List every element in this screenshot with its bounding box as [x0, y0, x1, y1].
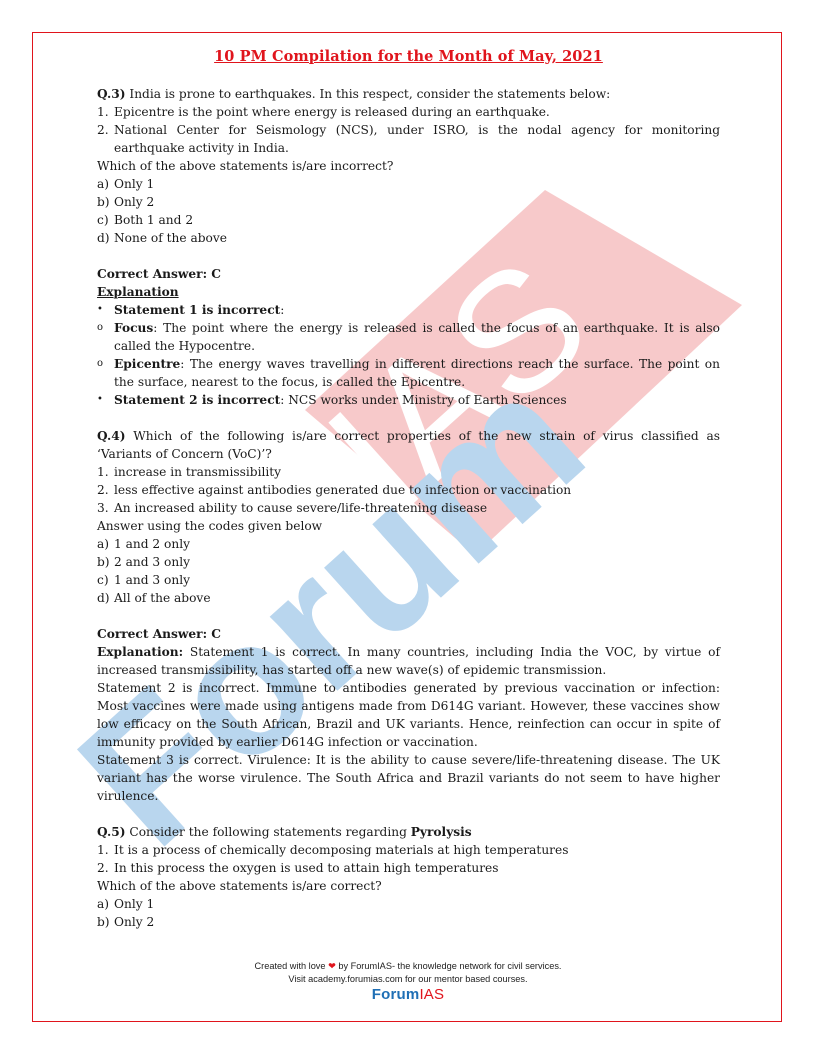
question-prompt: Which of the above statements is/are cor… — [97, 877, 720, 895]
forumias-logo: ForumIAS — [0, 989, 816, 1002]
question-5: Q.5) Consider the following statements r… — [97, 823, 720, 931]
option-item: a)1 and 2 only — [97, 535, 720, 553]
option-item: b)Only 2 — [97, 913, 720, 931]
option-item: c)1 and 3 only — [97, 571, 720, 589]
option-item: b)Only 2 — [97, 193, 720, 211]
question-stem: Q.3) India is prone to earthquakes. In t… — [97, 85, 720, 103]
heart-icon: ❤ — [328, 961, 336, 971]
option-item: d)All of the above — [97, 589, 720, 607]
option-item: a)Only 1 — [97, 895, 720, 913]
explanation-bullet: oFocus: The point where the energy is re… — [97, 319, 720, 355]
question-number: Q.5) — [97, 825, 126, 839]
option-item: c)Both 1 and 2 — [97, 211, 720, 229]
explanation-paragraph: Explanation: Statement 1 is correct. In … — [97, 643, 720, 679]
explanation-paragraph: Statement 3 is correct. Virulence: It is… — [97, 751, 720, 805]
correct-answer: Correct Answer: C — [97, 265, 720, 283]
statement-item: 1.It is a process of chemically decompos… — [97, 841, 720, 859]
document-body: 10 PM Compilation for the Month of May, … — [97, 48, 720, 931]
statement-item: 2.less effective against antibodies gene… — [97, 481, 720, 499]
footer-visit-link[interactable]: Visit academy.forumias.com for our mento… — [0, 973, 816, 986]
option-item: b)2 and 3 only — [97, 553, 720, 571]
statement-item: 3.An increased ability to cause severe/l… — [97, 499, 720, 517]
document-title: 10 PM Compilation for the Month of May, … — [97, 48, 720, 66]
explanation-paragraph: Statement 2 is incorrect. Immune to anti… — [97, 679, 720, 751]
question-stem: Q.4) Which of the following is/are corre… — [97, 427, 720, 445]
statement-item: 1.Epicentre is the point where energy is… — [97, 103, 720, 121]
footer-credit: Created with love ❤ by ForumIAS- the kno… — [0, 960, 816, 973]
question-number: Q.4) — [97, 429, 126, 443]
question-stem: Q.5) Consider the following statements r… — [97, 823, 720, 841]
question-number: Q.3) — [97, 87, 126, 101]
explanation-bullet: oEpicentre: The energy waves travelling … — [97, 355, 720, 391]
statement-item: 1.increase in transmissibility — [97, 463, 720, 481]
statement-item: 2.In this process the oxygen is used to … — [97, 859, 720, 877]
question-prompt: Which of the above statements is/are inc… — [97, 157, 720, 175]
question-stem-continued: ‘Variants of Concern (VoC)’? — [97, 445, 720, 463]
question-4: Q.4) Which of the following is/are corre… — [97, 427, 720, 805]
correct-answer: Correct Answer: C — [97, 625, 720, 643]
page-footer: Created with love ❤ by ForumIAS- the kno… — [0, 960, 816, 1002]
question-3: Q.3) India is prone to earthquakes. In t… — [97, 85, 720, 409]
option-item: d)None of the above — [97, 229, 720, 247]
statement-item: 2.National Center for Seismology (NCS), … — [97, 121, 720, 157]
explanation-bullet: •Statement 2 is incorrect: NCS works und… — [97, 391, 720, 409]
explanation-bullet: •Statement 1 is incorrect: — [97, 301, 720, 319]
question-prompt: Answer using the codes given below — [97, 517, 720, 535]
option-item: a)Only 1 — [97, 175, 720, 193]
explanation-heading: Explanation — [97, 283, 720, 301]
